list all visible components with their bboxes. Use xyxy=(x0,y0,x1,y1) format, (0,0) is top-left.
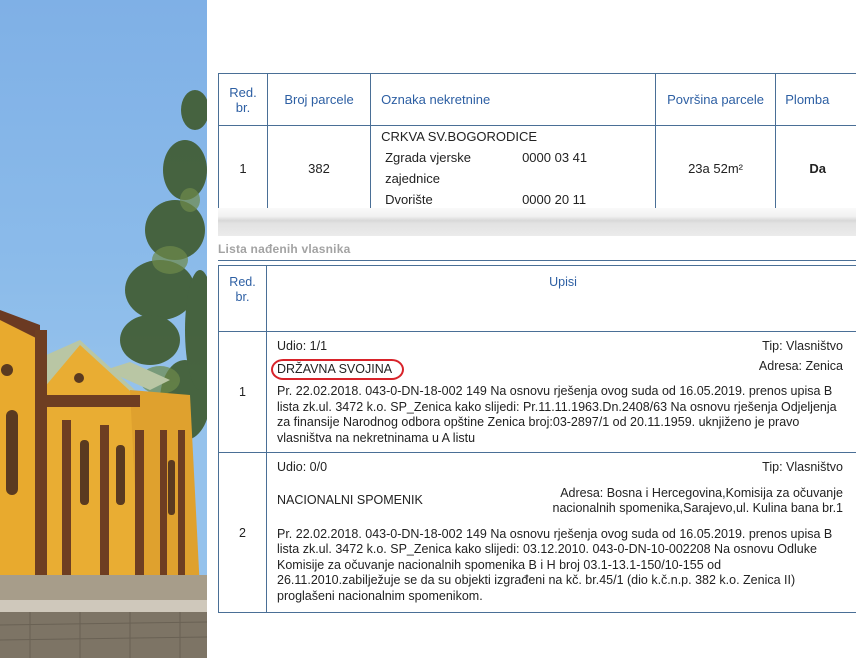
property-item-name: Dvorište xyxy=(385,189,522,210)
tip-text: Tip: Vlasništvo xyxy=(762,460,843,476)
header-red-br: Red.br. xyxy=(219,74,268,126)
udio-text: Udio: 1/1 xyxy=(277,339,327,355)
property-item-area: 0000 03 41 xyxy=(522,147,587,189)
section-divider xyxy=(218,208,856,236)
cell-broj-parcele: 382 xyxy=(267,126,370,211)
cell-upisi: Udio: 1/1 Tip: Vlasništvo DRŽAVNA SVOJIN… xyxy=(267,332,856,453)
address-text: Adresa: Zenica xyxy=(759,359,843,375)
property-item: Dvorište 0000 20 11 xyxy=(381,189,655,210)
address-text: Adresa: Bosna i Hercegovina,Komisija za … xyxy=(543,486,843,517)
cell-oznaka-nekretnine: CRKVA SV.BOGORODICE Zgrada vjerske zajed… xyxy=(371,126,656,211)
header-oznaka-nekretnine: Oznaka nekretnine xyxy=(371,74,656,126)
cell-plomba: Da xyxy=(776,126,856,211)
cell-povrsina: 23a 52m² xyxy=(655,126,775,211)
parcel-table-header: Red.br. Broj parcele Oznaka nekretnine P… xyxy=(219,74,856,126)
cell-upisi: Udio: 0/0 Tip: Vlasništvo NACIONALNI SPO… xyxy=(267,453,856,613)
property-item-area: 0000 20 11 xyxy=(522,189,586,210)
owner-name: NACIONALNI SPOMENIK xyxy=(277,493,423,509)
table-row: 1 Udio: 1/1 Tip: Vlasništvo DRŽAVNA SVOJ… xyxy=(219,332,856,453)
section-title-rule xyxy=(218,260,856,261)
cell-red-br: 1 xyxy=(219,126,268,211)
property-item-name: Zgrada vjerske zajednice xyxy=(385,147,522,189)
section-title: Lista nađenih vlasnika xyxy=(218,242,350,256)
header-upisi: Upisi xyxy=(267,266,856,332)
owners-table: Red.br. Upisi 1 Udio: 1/1 Tip: Vlasništv… xyxy=(218,265,856,613)
owner-name-highlighted: DRŽAVNA SVOJINA xyxy=(271,359,404,381)
entry-text: Pr. 22.02.2018. 043-0-DN-18-002 149 Na o… xyxy=(277,384,843,446)
cell-red-br: 1 xyxy=(219,332,267,453)
cell-red-br: 2 xyxy=(219,453,267,613)
table-row: 2 Udio: 0/0 Tip: Vlasništvo NACIONALNI S… xyxy=(219,453,856,613)
owner-name: DRŽAVNA SVOJINA xyxy=(277,362,392,376)
tip-text: Tip: Vlasništvo xyxy=(762,339,843,355)
land-registry-document: Red.br. Broj parcele Oznaka nekretnine P… xyxy=(207,0,856,658)
owners-table-header: Red.br. Upisi xyxy=(219,266,856,332)
udio-text: Udio: 0/0 xyxy=(277,460,327,476)
church-illustration xyxy=(0,0,207,658)
table-row: 1 382 CRKVA SV.BOGORODICE Zgrada vjerske… xyxy=(219,126,856,211)
header-broj-parcele: Broj parcele xyxy=(267,74,370,126)
header-povrsina-parcele: Površina parcele xyxy=(655,74,775,126)
header-red-br: Red.br. xyxy=(219,266,267,332)
property-title: CRKVA SV.BOGORODICE xyxy=(381,126,655,147)
entry-text: Pr. 22.02.2018. 043-0-DN-18-002 149 Na o… xyxy=(277,527,843,605)
header-plomba: Plomba xyxy=(776,74,856,126)
church-photo xyxy=(0,0,207,658)
property-item: Zgrada vjerske zajednice 0000 03 41 xyxy=(381,147,655,189)
parcel-table: Red.br. Broj parcele Oznaka nekretnine P… xyxy=(218,73,856,211)
